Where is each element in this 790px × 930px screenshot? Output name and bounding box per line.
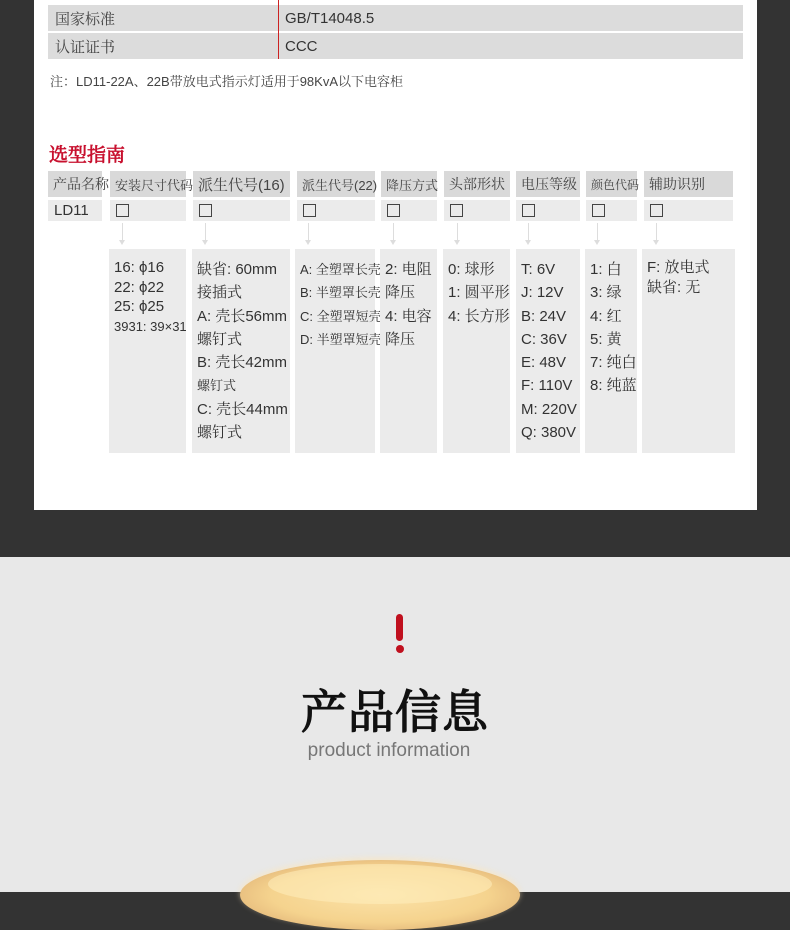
option-item: 接插式 <box>197 281 290 304</box>
options-derivative-22: A: 全塑罩长壳 B: 半塑罩长壳 C: 全塑罩短壳 D: 半塑罩短壳 <box>295 249 375 453</box>
option-item: 螺钉式 <box>197 374 290 397</box>
exclamation-dot <box>396 645 404 653</box>
option-item: 3: 绿 <box>590 281 637 304</box>
options-voltage: T: 6V J: 12V B: 24V C: 36V E: 48V F: 110… <box>516 249 580 453</box>
option-item: 25: ϕ25 <box>114 297 186 317</box>
option-item: D: 半塑罩短壳 <box>300 328 375 351</box>
arrow-down-icon <box>528 223 529 243</box>
option-item: T: 6V <box>521 258 580 281</box>
option-item: 5: 黄 <box>590 328 637 351</box>
option-item: J: 12V <box>521 281 580 304</box>
option-item: 1: 白 <box>590 258 637 281</box>
spec-section: 国家标准 GB/T14048.5 认证证书 CCC 注：LD11-22A、22B… <box>0 0 790 557</box>
arrow-down-icon <box>597 223 598 243</box>
product-info-title: 产品信息 <box>0 676 790 742</box>
arrow-down-icon <box>393 223 394 243</box>
options-mount-size: 16: ϕ16 22: ϕ22 25: ϕ25 3931: 39×31 <box>109 249 186 453</box>
option-item: C: 全塑罩短壳 <box>300 305 375 328</box>
option-item: 1: 圆平形 <box>448 281 510 304</box>
option-item: 3931: 39×31 <box>114 317 186 337</box>
option-item: 2: 电阻 <box>385 258 437 281</box>
col-header-voltage: 电压等级 <box>516 171 580 197</box>
arrow-down-icon <box>122 223 123 243</box>
code-voltage <box>516 200 580 221</box>
spec-key: 国家标准 <box>48 8 278 29</box>
code-mount-size <box>110 200 186 221</box>
col-header-aux-id: 辅助识别 <box>644 171 733 197</box>
option-item: 缺省: 无 <box>647 278 735 298</box>
arrow-down-icon <box>656 223 657 243</box>
option-item: C: 壳长44mm <box>197 398 290 421</box>
checkbox-icon <box>450 204 463 217</box>
option-item: Q: 380V <box>521 421 580 444</box>
spec-row-certificate: 认证证书 CCC <box>48 33 743 59</box>
col-header-color-code: 颜色代码 <box>586 171 637 197</box>
option-item: 22: ϕ22 <box>114 278 186 298</box>
checkbox-icon <box>387 204 400 217</box>
spec-value: CCC <box>278 38 318 55</box>
checkbox-icon <box>303 204 316 217</box>
options-derivative-16: 缺省: 60mm 接插式 A: 壳长56mm 螺钉式 B: 壳长42mm 螺钉式… <box>192 249 290 453</box>
option-item: 降压 <box>385 328 437 351</box>
options-step-down: 2: 电阻 降压 4: 电容 降压 <box>380 249 437 453</box>
option-item: 4: 红 <box>590 305 637 328</box>
option-item: M: 220V <box>521 398 580 421</box>
col-header-derivative-22: 派生代号(22) <box>297 171 375 197</box>
options-aux-id: F: 放电式 缺省: 无 <box>642 249 735 453</box>
arrow-down-icon <box>205 223 206 243</box>
checkbox-icon <box>522 204 535 217</box>
product-info-subtitle: product information <box>0 740 778 762</box>
option-item: 8: 纯蓝 <box>590 374 637 397</box>
option-item: 0: 球形 <box>448 258 510 281</box>
option-item: F: 放电式 <box>647 258 735 278</box>
col-header-head-shape: 头部形状 <box>444 171 510 197</box>
checkbox-icon <box>592 204 605 217</box>
option-item: 降压 <box>385 281 437 304</box>
option-item: F: 110V <box>521 374 580 397</box>
code-head-shape <box>444 200 510 221</box>
col-header-step-down: 降压方式 <box>381 171 437 197</box>
col-header-mount-size: 安装尺寸代码 <box>110 171 186 197</box>
option-item: A: 全塑罩长壳 <box>300 258 375 281</box>
col-header-product-name: 产品名称 <box>48 171 102 197</box>
exclamation-bar <box>396 614 403 641</box>
col-header-derivative-16: 派生代号(16) <box>193 171 290 197</box>
options-color: 1: 白 3: 绿 4: 红 5: 黄 7: 纯白 8: 纯蓝 <box>585 249 637 453</box>
code-derivative-22 <box>297 200 375 221</box>
code-color <box>586 200 637 221</box>
option-item: 16: ϕ16 <box>114 258 186 278</box>
option-item: 螺钉式 <box>197 421 290 444</box>
option-item: B: 半塑罩长壳 <box>300 281 375 304</box>
checkbox-icon <box>199 204 212 217</box>
option-item: 4: 长方形 <box>448 305 510 328</box>
spec-key: 认证证书 <box>48 36 278 57</box>
arrow-down-icon <box>308 223 309 243</box>
checkbox-icon <box>116 204 129 217</box>
option-item: A: 壳长56mm <box>197 305 290 328</box>
option-item: 7: 纯白 <box>590 351 637 374</box>
checkbox-icon <box>650 204 663 217</box>
option-item: 缺省: 60mm <box>197 258 290 281</box>
option-item: B: 24V <box>521 305 580 328</box>
spec-note: 注：LD11-22A、22B带放电式指示灯适用于98KvA以下电容柜 <box>50 71 403 90</box>
options-head-shape: 0: 球形 1: 圆平形 4: 长方形 <box>443 249 510 453</box>
selection-guide-title: 选型指南 <box>49 140 125 167</box>
option-item: E: 48V <box>521 351 580 374</box>
spec-value: GB/T14048.5 <box>278 10 374 27</box>
exclamation-icon <box>395 614 405 653</box>
arrow-down-icon <box>457 223 458 243</box>
option-item: B: 壳长42mm <box>197 351 290 374</box>
option-item: 4: 电容 <box>385 305 437 328</box>
code-product-name: LD11 <box>48 200 102 221</box>
code-step-down <box>381 200 437 221</box>
code-derivative-16 <box>193 200 290 221</box>
spec-row-standard: 国家标准 GB/T14048.5 <box>48 5 743 31</box>
option-item: C: 36V <box>521 328 580 351</box>
code-aux-id <box>644 200 733 221</box>
column-divider <box>278 0 279 59</box>
option-item: 螺钉式 <box>197 328 290 351</box>
